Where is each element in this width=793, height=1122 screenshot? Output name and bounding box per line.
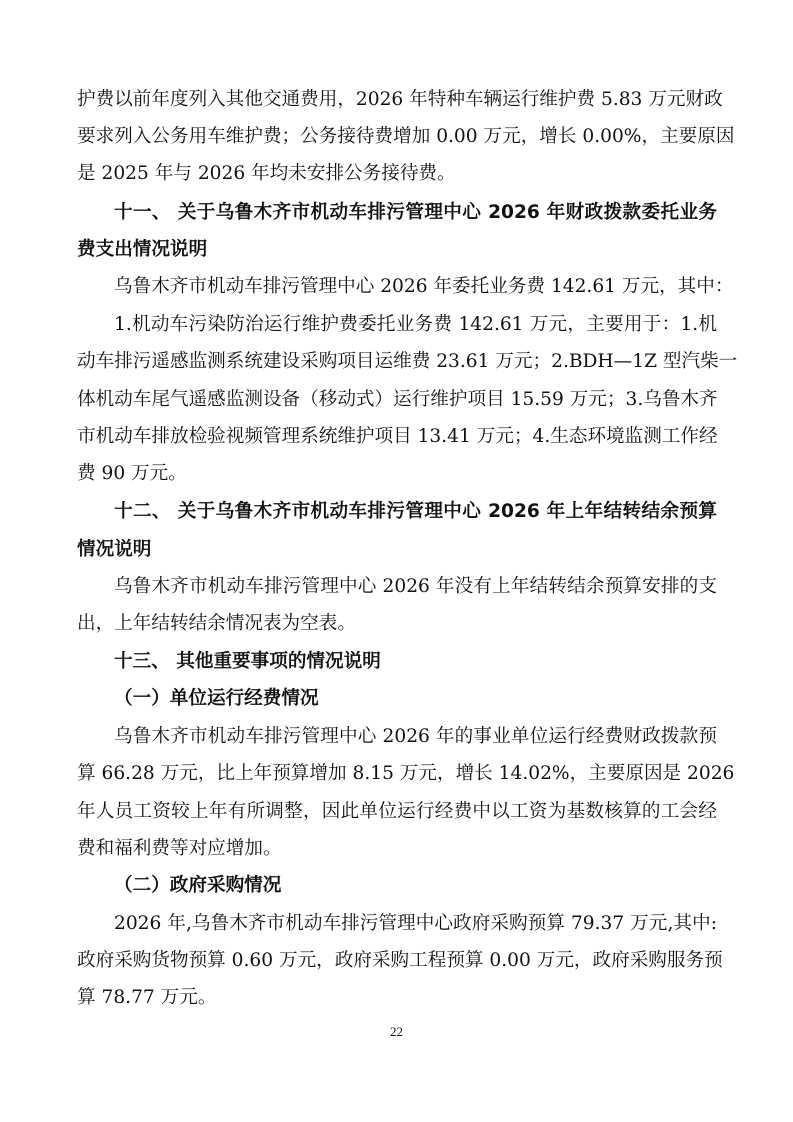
paragraph-line: 乌鲁木齐市机动车排污管理中心 2026 年委托业务费 142.61 万元，其中： bbox=[114, 275, 717, 299]
paragraph-line: 2026 年,乌鲁木齐市机动车排污管理中心政府采购预算 79.37 万元,其中: bbox=[114, 912, 717, 936]
paragraph-line: 年人员工资较上年有所调整，因此单位运行经费中以工资为基数核算的工会经 bbox=[77, 800, 717, 824]
paragraph-line: 乌鲁木齐市机动车排污管理中心 2026 年的事业单位运行经费财政拨款预 bbox=[114, 725, 717, 749]
section-heading-12-cont: 情况说明 bbox=[77, 538, 717, 562]
paragraph-line: 算 66.28 万元，比上年预算增加 8.15 万元，增长 14.02%，主要原… bbox=[77, 762, 717, 786]
paragraph-line: 动车排污遥感监测系统建设采购项目运维费 23.61 万元；2.BDH—1Z 型汽… bbox=[77, 350, 717, 374]
paragraph-line: 费和福利费等对应增加。 bbox=[77, 837, 717, 861]
paragraph-line: 出，上年结转结余情况表为空表。 bbox=[77, 612, 717, 636]
section-heading-12: 十二、 关于乌鲁木齐市机动车排污管理中心 2026 年上年结转结余预算 bbox=[114, 500, 717, 524]
document-page: 护费以前年度列入其他交通费用，2026 年特种车辆运行维护费 5.83 万元财政… bbox=[0, 0, 793, 1122]
paragraph-line: 1.机动车污染防治运行维护费委托业务费 142.61 万元，主要用于：1.机 bbox=[114, 313, 717, 337]
paragraph-line: 市机动车排放检验视频管理系统维护项目 13.41 万元；4.生态环境监测工作经 bbox=[77, 425, 717, 449]
paragraph-line: 体机动车尾气遥感监测设备（移动式）运行维护项目 15.59 万元；3.乌鲁木齐 bbox=[77, 388, 717, 412]
section-heading-11: 十一、 关于乌鲁木齐市机动车排污管理中心 2026 年财政拨款委托业务 bbox=[114, 201, 717, 225]
subsection-heading-1: （一）单位运行经费情况 bbox=[114, 687, 319, 711]
paragraph-line: 算 78.77 万元。 bbox=[77, 986, 717, 1010]
paragraph-line: 是 2025 年与 2026 年均未安排公务接待费。 bbox=[77, 162, 717, 186]
paragraph-line: 乌鲁木齐市机动车排污管理中心 2026 年没有上年结转结余预算安排的支 bbox=[114, 575, 717, 599]
subsection-heading-2: （二）政府采购情况 bbox=[114, 874, 281, 898]
paragraph-line: 政府采购货物预算 0.60 万元，政府采购工程预算 0.00 万元，政府采购服务… bbox=[77, 949, 717, 973]
section-heading-13: 十三、 其他重要事项的情况说明 bbox=[114, 650, 381, 674]
paragraph-line: 要求列入公务用车维护费；公务接待费增加 0.00 万元，增长 0.00%，主要原… bbox=[77, 125, 717, 149]
section-heading-11-cont: 费支出情况说明 bbox=[77, 238, 717, 262]
paragraph-line: 护费以前年度列入其他交通费用，2026 年特种车辆运行维护费 5.83 万元财政 bbox=[77, 88, 717, 112]
page-number: 22 bbox=[0, 1024, 793, 1040]
paragraph-line: 费 90 万元。 bbox=[77, 462, 717, 486]
